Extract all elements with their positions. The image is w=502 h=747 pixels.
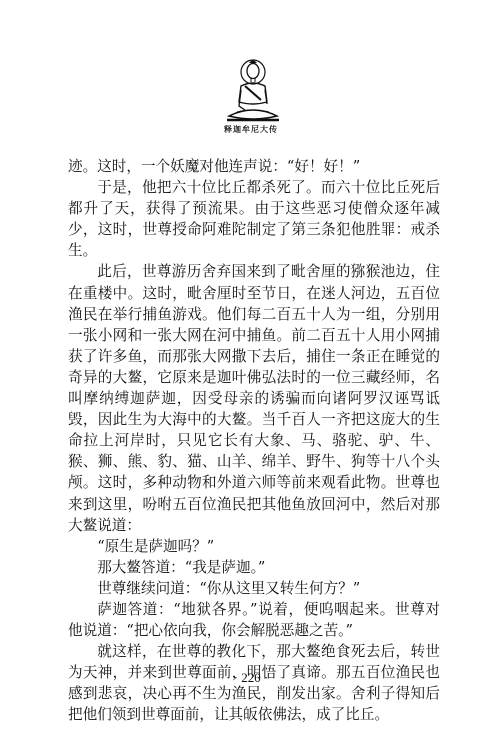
- paragraph: 萨迦答道：“地狱各界。”说着，便呜咽起来。世尊对他说道：“把心依向我，你会解脱恶…: [68, 599, 440, 641]
- paragraph: “原生是萨迦吗？”: [68, 536, 440, 557]
- paragraph: 此后，世尊游历舍弃国来到了毗舍厘的猕猴池边，住在重楼中。这时，毗舍厘时至节日，在…: [68, 261, 440, 535]
- paragraph: 世尊继续问道：“你从这里又转生何方？”: [68, 578, 440, 599]
- paragraph: 那大鳌答道：“我是萨迦。”: [68, 557, 440, 578]
- seated-buddha-icon: [221, 56, 285, 130]
- book-title-caption: 释迦牟尼大传: [0, 124, 502, 135]
- paragraph: 迹。这时，一个妖魔对他连声说：“好！好！”: [68, 156, 440, 177]
- body-text: 迹。这时，一个妖魔对他连声说：“好！好！” 于是，他把六十位比丘都杀死了。而六十…: [68, 156, 440, 726]
- paragraph: 于是，他把六十位比丘都杀死了。而六十位比丘死后都升了天，获得了预流果。由于这些恶…: [68, 177, 440, 261]
- page-number: · 220 ·: [0, 670, 502, 686]
